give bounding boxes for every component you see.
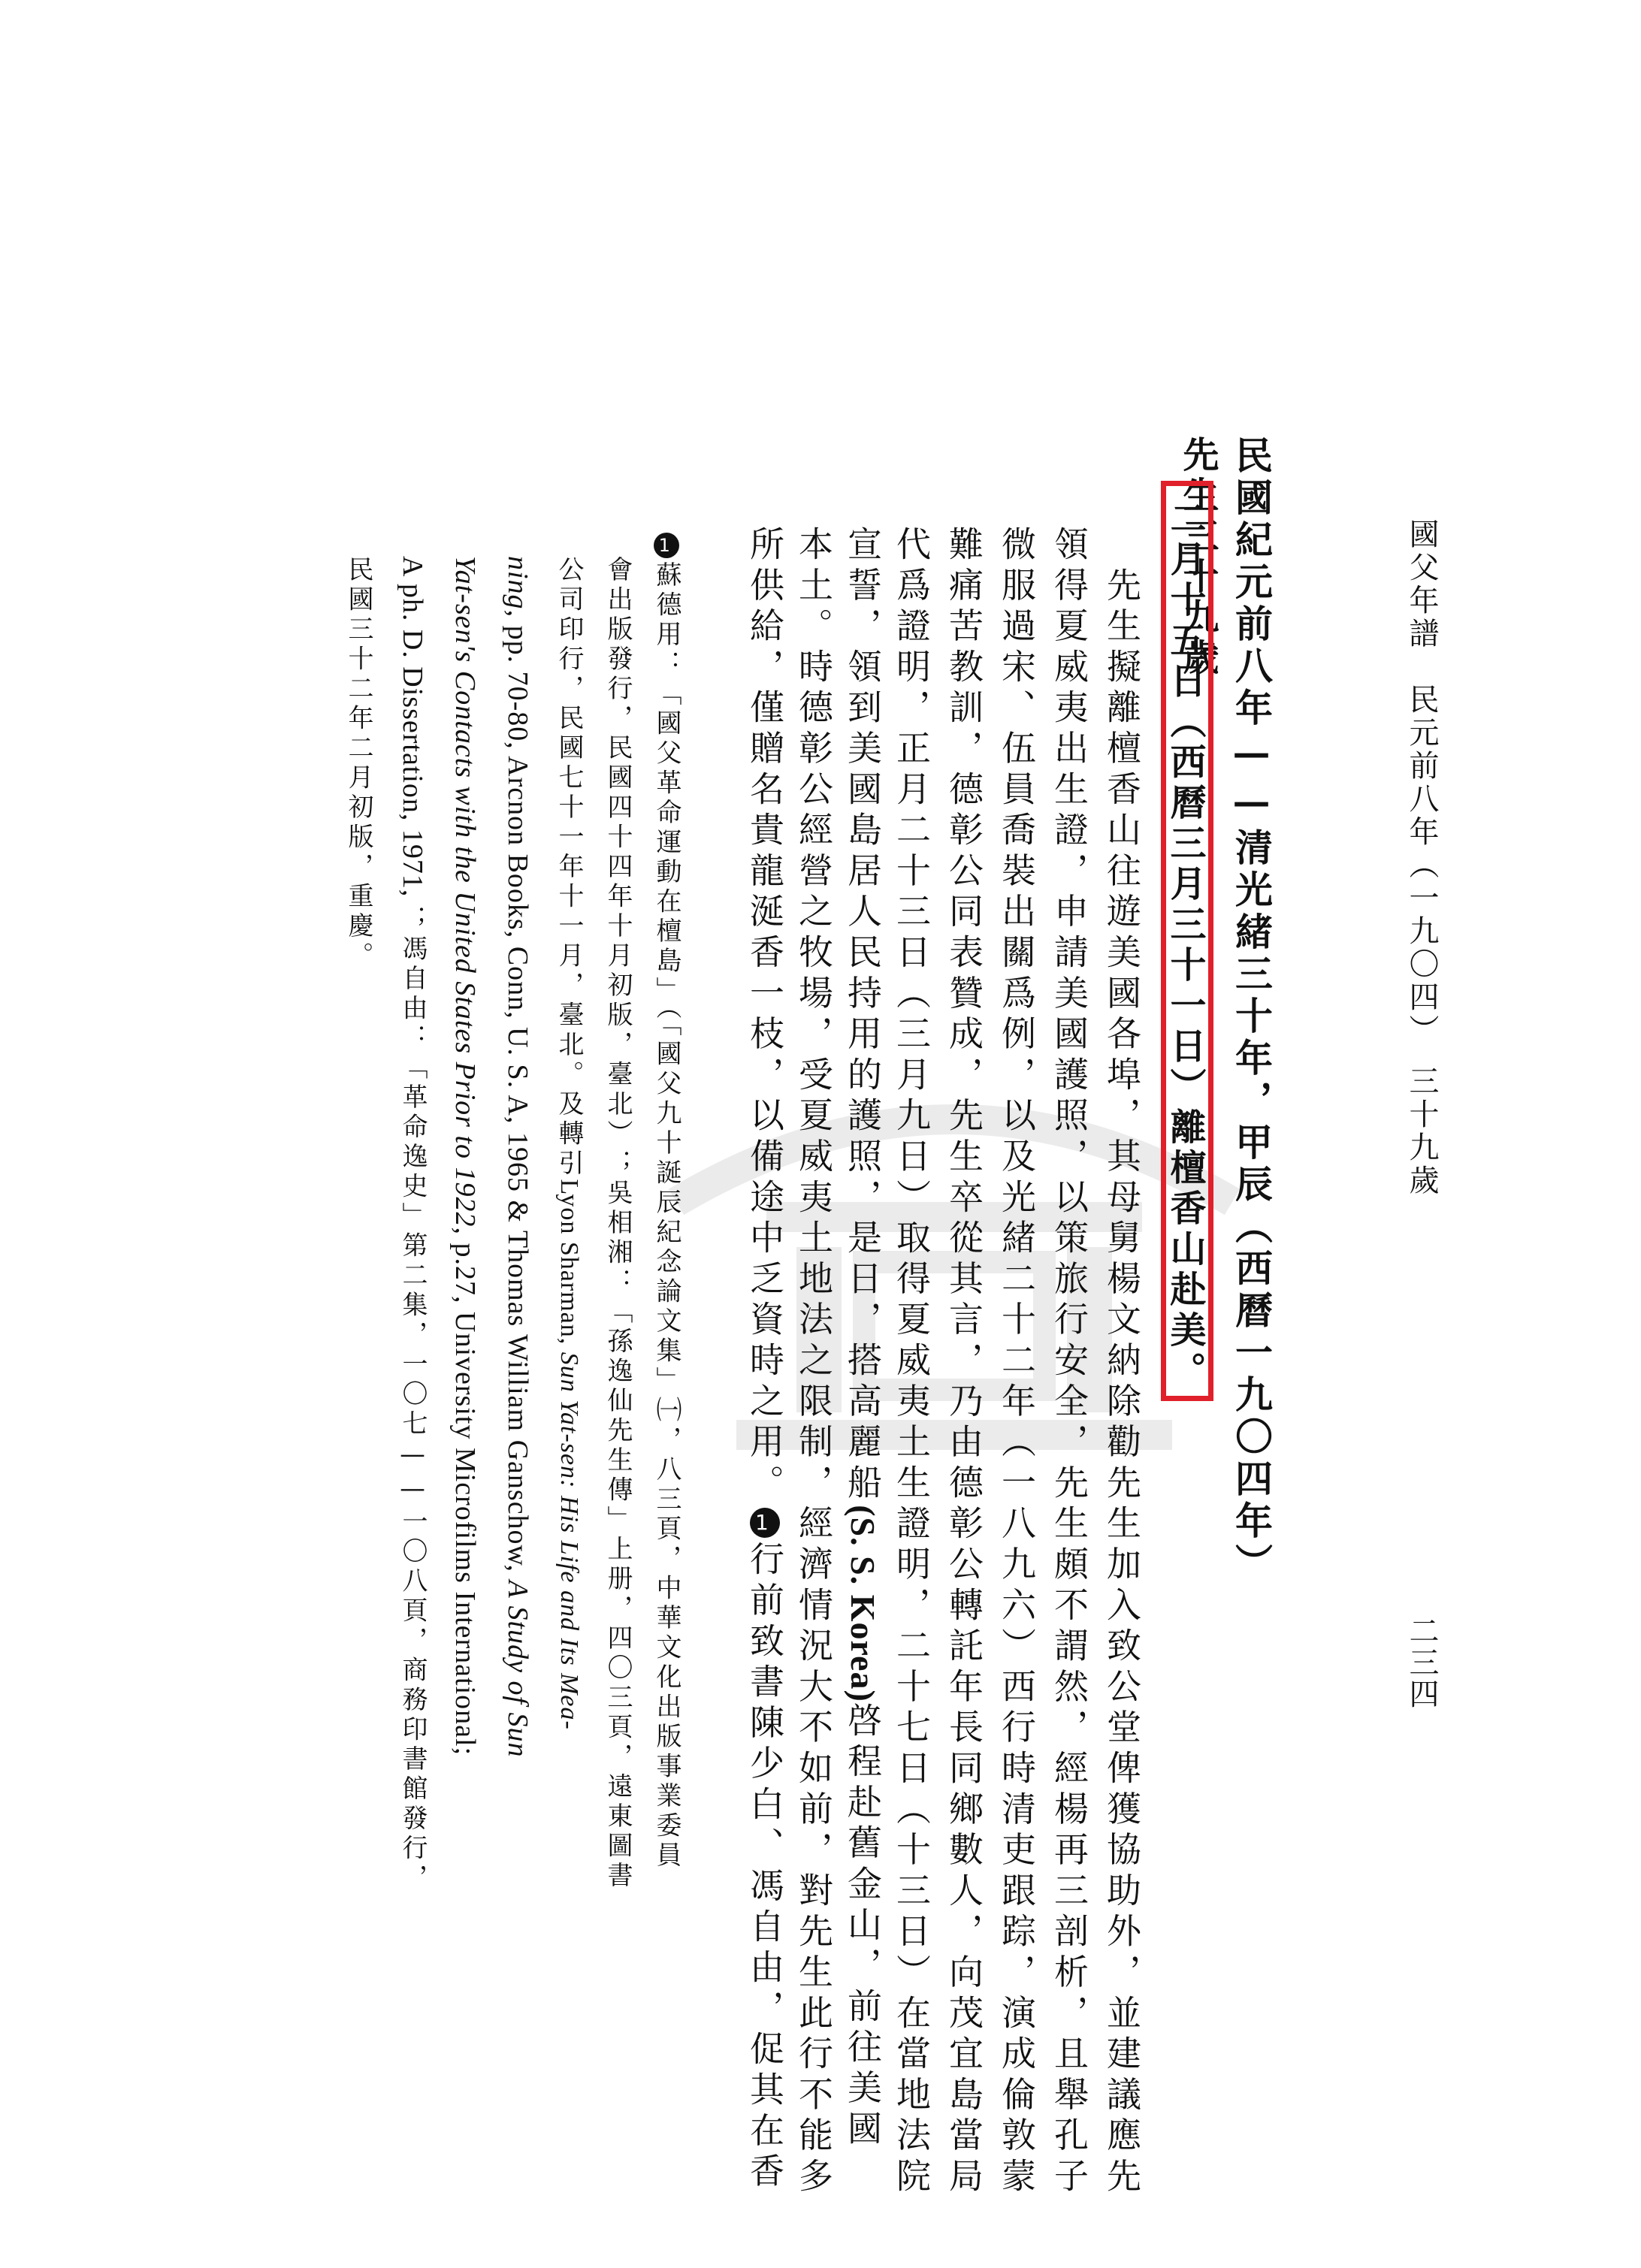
footnote-line-6-latin: A ph. D. Dissertation, 1971, [397,556,428,905]
body-line-6: 宣誓，領到美國島居人民持用的護照，是日，搭高麗船(S. S. Korea)啓程赴… [845,526,880,2151]
footnote-marker-1: 1 [654,533,679,558]
body-line-8: 所供給，僅贈名貴龍涎香一枝，以備途中乏資時之用。1行前致書陳少白、馮自由，促其在… [748,526,782,2194]
footnote-line-2: 會出版發行，民國四十四年十月初版，臺北）；吳相湘：「孫逸仙先生傳」上册，四〇三頁… [605,556,630,1892]
footnote-line-3: 公司印行，民國七十一年十一月，臺北。及轉引Lyon Sharman, Sun Y… [556,556,582,1730]
body-line-1: 先生擬離檀香山往遊美國各埠，其母舅楊文納除勸先生加入致公堂俾獲協助外，並建議應先 [1105,526,1139,2198]
body-line-8-tail: 行前致書陳少白、馮自由，促其在香 [745,1541,785,2194]
footnote-line-7: 民國三十二年二月初版，重慶。 [346,556,371,971]
footnote-line-4: ning, pp. 70-80, Arcnon Books, Conn, U. … [503,556,532,1758]
highlighted-entry: 二月十五日（西曆三月三十一日）離檀香山赴美。 [1167,500,1203,1392]
document-page: 國父年譜 民元前八年（一九〇四） 三十九歲 二三四 民國紀元前八年——清光緒三十… [0,0,1641,2268]
running-head: 國父年譜 民元前八年（一九〇四） 三十九歲 [1407,518,1437,1197]
footnote-line-3-text: 公司印行，民國七十一年十一月，臺北。及轉引 [554,556,584,1179]
page-number: 二三四 [1407,1615,1437,1710]
body-line-6-text: 宣誓，領到美國島居人民持用的護照，是日，搭高麗船 [842,526,883,1505]
footnote-line-1: 1蘇德用：「國父革命運動在檀島」（「國父九十誕辰紀念論文集」㈠，八三頁，中華文化… [654,530,679,1871]
footnote-line-3-italic: Sun Yat-sen: His Life and Its Mea- [555,1352,583,1730]
body-line-3: 微服過宋、伍員喬裝出關爲例，以及光緒二十二年（一八九六）西行時清吏跟踪，演成倫敦… [999,526,1034,2198]
footnote-line-4-text: , pp. 70-80, Arcnon Books, Conn, U. S. A… [502,610,533,1581]
footnote-line-5: Yat-sen's Contacts with the United State… [451,556,479,1756]
body-line-6-tail: 啓程赴舊金山，前往美國 [842,1702,883,2151]
body-line-4: 難痛苦教訓，德彰公同表贊成，先生卒從其言，乃由德彰公轉託年長同鄉數人，向茂宜島當… [947,526,981,2198]
footnote-ref-1[interactable]: 1 [750,1508,780,1538]
footnote-line-3-latin: Lyon Sharman, [555,1179,583,1352]
footnote-line-5-text: , p.27, University Microfilms Internatio… [449,1228,481,1756]
footnote-line-1-text: 蘇德用：「國父革命運動在檀島」（「國父九十誕辰紀念論文集」㈠，八三頁，中華文化出… [651,561,681,1871]
footnote-line-5-italic: Yat-sen's Contacts with the United State… [449,556,481,1228]
body-line-5: 代爲證明，正月二十三日（三月九日）取得夏威夷土生證明，二十七日（十三日）在當地法… [894,526,929,2198]
footnote-line-4-italic-b: A Study of Sun [502,1581,533,1758]
body-line-7: 本土。時德彰公經營之牧場，受夏威夷土地法之限制，經濟情況大不如前，對先生此行不能… [796,526,831,2198]
body-line-8-text: 所供給，僅贈名貴龍涎香一枝，以備途中乏資時之用。 [745,526,785,1505]
footnote-line-6-text: ；馮自由：「革命逸史」第二集，一〇七——一〇八頁，商務印書館發行， [397,905,428,1894]
footnote-line-6: A ph. D. Dissertation, 1971, ；馮自由：「革命逸史」… [398,556,427,1893]
chapter-title: 民國紀元前八年——清光緒三十年，甲辰（西曆一九〇四年） [1232,436,1270,1585]
ship-name: (S. S. Korea) [844,1505,882,1702]
footnote-line-4-italic: ning [502,556,533,610]
body-line-2: 領得夏威夷出生證，申請美國護照，以策旅行安全，先生頗不謂然，經楊再三剖析，且舉孔… [1052,526,1086,2198]
